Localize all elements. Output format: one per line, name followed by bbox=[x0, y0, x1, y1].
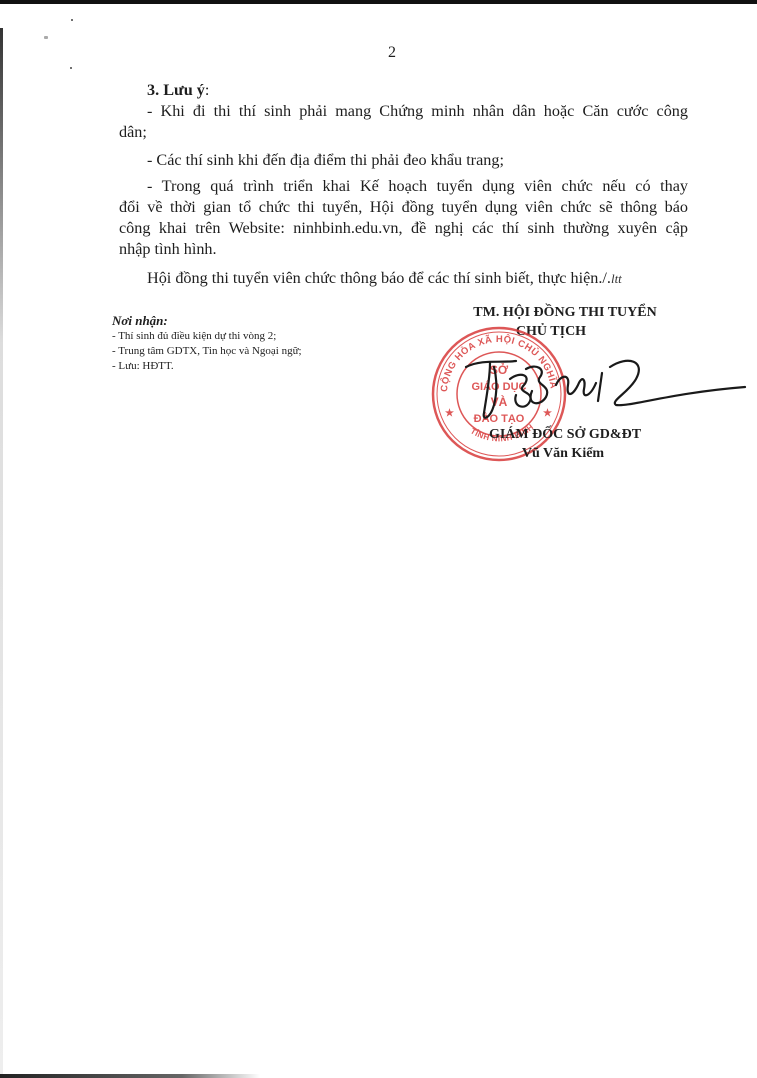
on-behalf-label: TM. HỘI ĐỒNG THI TUYỂN bbox=[440, 303, 690, 322]
note-line: đổi về thời gian tổ chức thi tuyển, Hội … bbox=[119, 197, 688, 218]
note-line: công khai trên Website: ninhbinh.edu.vn,… bbox=[119, 218, 688, 239]
scan-speck bbox=[44, 36, 48, 39]
svg-text:★: ★ bbox=[445, 408, 454, 419]
recipient-item: - Lưu: HĐTT. bbox=[112, 359, 302, 374]
section-heading-label: 3. Lưu ý bbox=[147, 81, 205, 99]
note-schedule-change: - Trong quá trình triển khai Kế hoạch tu… bbox=[119, 176, 688, 260]
recipients-block: Nơi nhận: - Thí sinh đủ điều kiện dự thi… bbox=[112, 313, 302, 374]
signer-name: Vũ Văn Kiểm bbox=[440, 444, 690, 463]
note-line: dân; bbox=[119, 122, 688, 143]
signer-position: GIÁM ĐỐC SỞ GD&ĐT bbox=[440, 425, 690, 444]
closing-paragraph: Hội đồng thi tuyển viên chức thông báo đ… bbox=[119, 268, 688, 289]
recipient-item: - Thí sinh đủ điều kiện dự thi vòng 2; bbox=[112, 329, 302, 344]
scan-left-edge bbox=[0, 28, 3, 1078]
note-line: - Khi đi thi thí sinh phải mang Chứng mi… bbox=[119, 101, 688, 122]
scan-top-edge bbox=[0, 0, 757, 4]
note-id-card: - Khi đi thi thí sinh phải mang Chứng mi… bbox=[119, 101, 688, 143]
note-mask: - Các thí sinh khi đến địa điểm thi phải… bbox=[119, 150, 688, 171]
initials-mark: ltt bbox=[611, 271, 622, 286]
notes-section: 3. Lưu ý: bbox=[119, 80, 688, 101]
recipient-item: - Trung tâm GDTX, Tin học và Ngoại ngữ; bbox=[112, 344, 302, 359]
signer-block: GIÁM ĐỐC SỞ GD&ĐT Vũ Văn Kiểm bbox=[440, 425, 690, 463]
scan-speck bbox=[70, 67, 72, 69]
note-line: nhập tình hình. bbox=[119, 239, 688, 260]
scan-bottom-edge bbox=[0, 1074, 260, 1078]
handwritten-signature-icon bbox=[460, 345, 750, 425]
recipients-title: Nơi nhận: bbox=[112, 313, 302, 329]
closing-text: Hội đồng thi tuyển viên chức thông báo đ… bbox=[147, 269, 611, 287]
note-line: - Các thí sinh khi đến địa điểm thi phải… bbox=[119, 150, 688, 171]
closing-line: Hội đồng thi tuyển viên chức thông báo đ… bbox=[119, 268, 688, 289]
section-heading: 3. Lưu ý: bbox=[119, 80, 688, 101]
page-number: 2 bbox=[0, 44, 757, 62]
note-line: - Trong quá trình triển khai Kế hoạch tu… bbox=[119, 176, 688, 197]
scan-speck bbox=[71, 19, 73, 21]
